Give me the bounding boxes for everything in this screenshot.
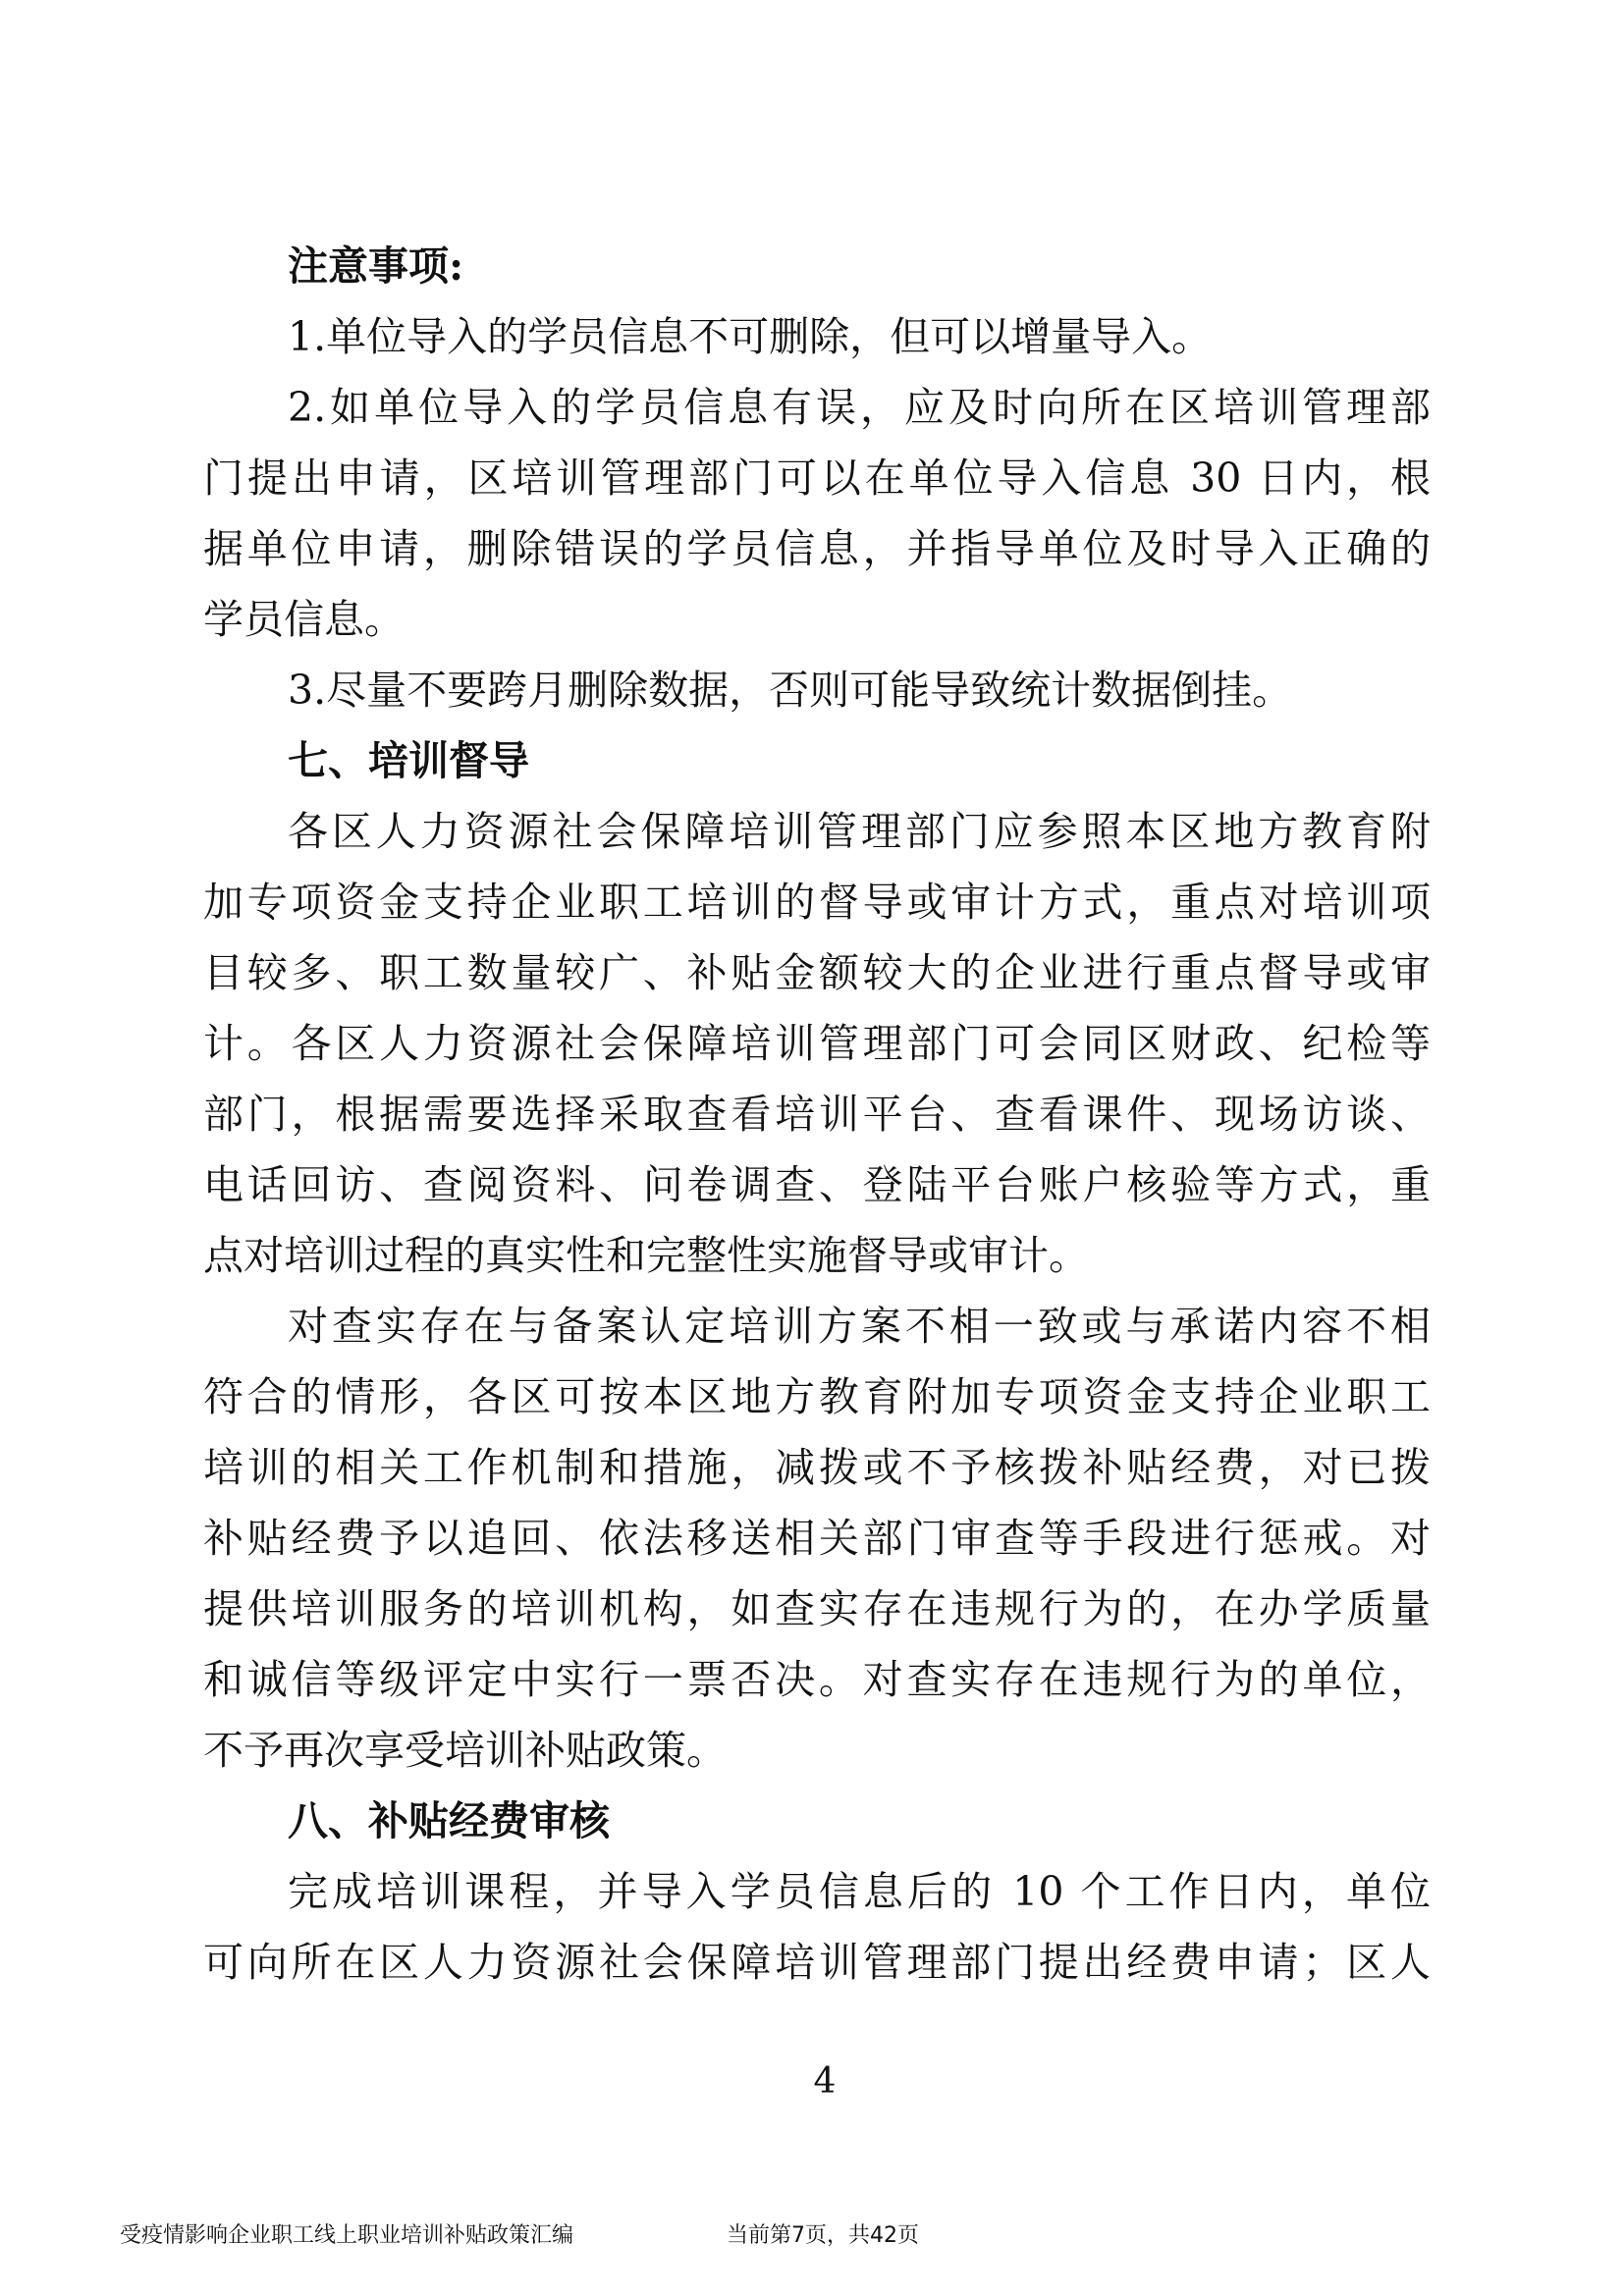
section-7-p2-line-7: 不予再次享受培训补贴政策。 [203,1715,1431,1786]
section-7-p1-line-5: 部门，根据需要选择采取查看培训平台、查看课件、现场访谈、 [203,1079,1431,1149]
section-7-p1-line-7: 点对培训过程的真实性和完整性实施督导或审计。 [203,1220,1431,1291]
footer-page-status: 当前第7页，共42页 [727,2218,919,2249]
section-7-p2-line-4: 补贴经费予以追回、依法移送相关部门审查等手段进行惩戒。对 [203,1503,1431,1574]
note-1-line-1: 1.单位导入的学员信息不可删除，但可以增量导入。 [203,301,1431,372]
section-7-heading: 七、培训督导 [203,725,1431,796]
section-7-p1-line-1: 各区人力资源社会保障培训管理部门应参照本区地方教育附 [203,796,1431,867]
footer-document-title: 受疫情影响企业职工线上职业培训补贴政策汇编 [120,2218,573,2249]
note-2-line-1: 2.如单位导入的学员信息有误，应及时向所在区培训管理部 [203,372,1431,443]
note-2-line-2: 门提出申请，区培训管理部门可以在单位导入信息 30 日内，根 [203,443,1431,513]
section-8-p1-line-1: 完成培训课程，并导入学员信息后的 10 个工作日内，单位 [203,1856,1431,1927]
body-text: 注意事项: 1.单位导入的学员信息不可删除，但可以增量导入。 2.如单位导入的学… [203,231,1431,1998]
section-7-p2-line-3: 培训的相关工作机制和措施，减拨或不予核拨补贴经费，对已拨 [203,1432,1431,1503]
section-8-heading: 八、补贴经费审核 [203,1786,1431,1856]
section-7-p2-line-1: 对查实存在与备案认定培训方案不相一致或与承诺内容不相 [203,1291,1431,1362]
note-2-line-3: 据单位申请，删除错误的学员信息，并指导单位及时导入正确的 [203,513,1431,584]
section-7-p1-line-4: 计。各区人力资源社会保障培训管理部门可会同区财政、纪检等 [203,1008,1431,1079]
section-8-p1-line-2: 可向所在区人力资源社会保障培训管理部门提出经费申请；区人 [203,1927,1431,1998]
section-7-p2-line-6: 和诚信等级评定中实行一票否决。对查实存在违规行为的单位， [203,1644,1431,1715]
section-7-p1-line-2: 加专项资金支持企业职工培训的督导或审计方式，重点对培训项 [203,867,1431,937]
document-page: 注意事项: 1.单位导入的学员信息不可删除，但可以增量导入。 2.如单位导入的学… [0,0,1624,2296]
section-7-p1-line-3: 目较多、职工数量较广、补贴金额较大的企业进行重点督导或审 [203,937,1431,1008]
section-7-p2-line-2: 符合的情形，各区可按本区地方教育附加专项资金支持企业职工 [203,1362,1431,1432]
note-2-line-4: 学员信息。 [203,584,1431,655]
note-3-line-1: 3.尽量不要跨月删除数据，否则可能导致统计数据倒挂。 [203,655,1431,725]
section-7-p2-line-5: 提供培训服务的培训机构，如查实存在违规行为的，在办学质量 [203,1574,1431,1644]
page-number: 4 [805,2061,844,2102]
section-7-p1-line-6: 电话回访、查阅资料、问卷调查、登陆平台账户核验等方式，重 [203,1149,1431,1220]
notes-heading: 注意事项: [203,231,1431,301]
